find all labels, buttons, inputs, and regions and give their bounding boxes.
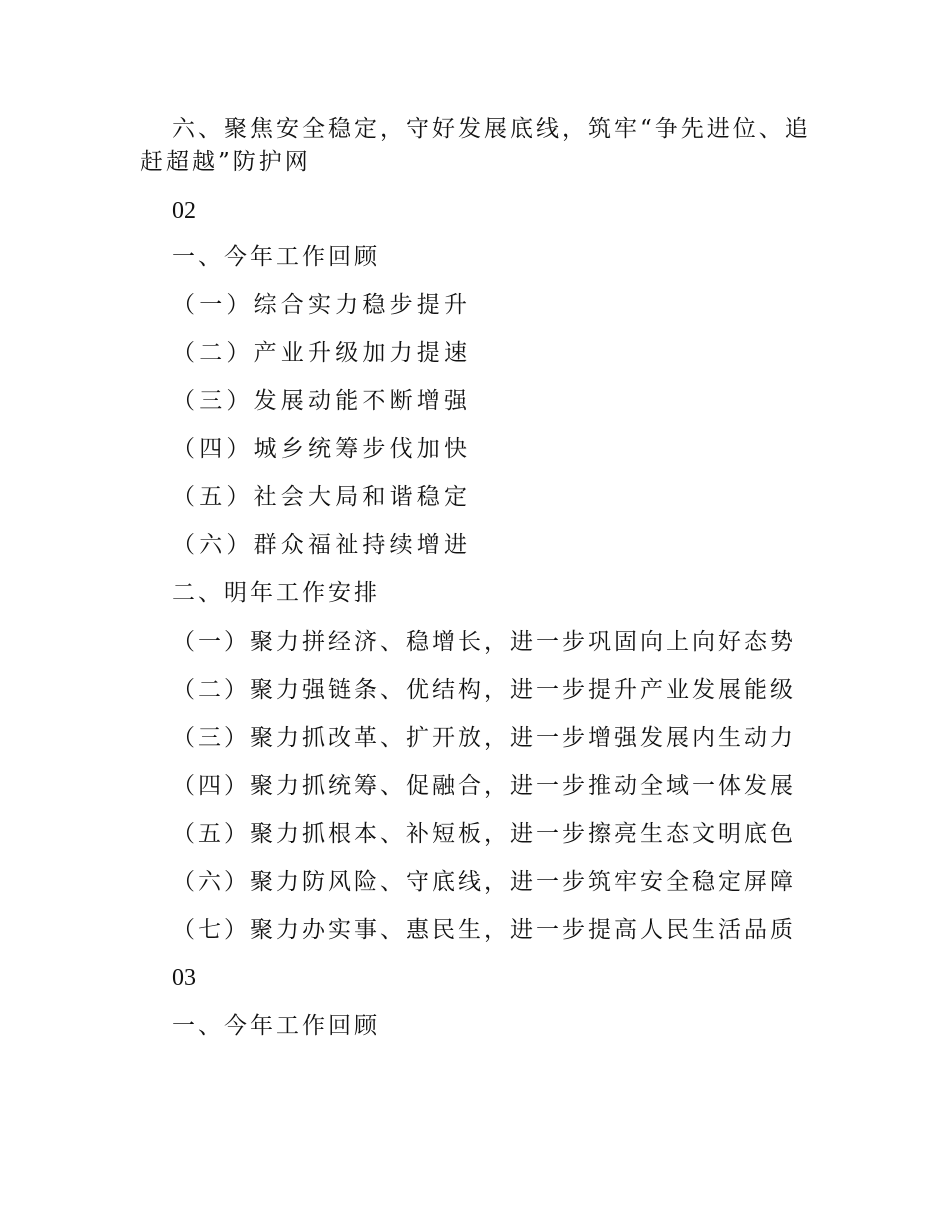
section-number-02: 02 [172, 196, 196, 226]
list-item: （二）聚力强链条、优结构，进一步提升产业发展能级 [172, 675, 796, 705]
list-item: （六）群众福祉持续增进 [172, 530, 471, 560]
list-item: （六）聚力防风险、守底线，进一步筑牢安全稳定屏障 [172, 867, 796, 897]
document-page: 六、聚焦安全稳定，守好发展底线，筑牢“争先进位、追 赶超越”防护网 02 一、今… [0, 0, 950, 1230]
list-item: （二）产业升级加力提速 [172, 338, 471, 368]
list-item: （一）聚力拼经济、稳增长，进一步巩固向上向好态势 [172, 627, 796, 657]
list-item: （七）聚力办实事、惠民生，进一步提高人民生活品质 [172, 915, 796, 945]
section-number-03: 03 [172, 963, 196, 993]
heading-six-line1: 六、聚焦安全稳定，守好发展底线，筑牢“争先进位、追 [172, 114, 811, 144]
section-02-part1-title: 一、今年工作回顾 [172, 242, 380, 272]
heading-six-line2: 赶超越”防护网 [140, 147, 311, 177]
list-item: （四）聚力抓统筹、促融合，进一步推动全域一体发展 [172, 771, 796, 801]
section-02-part2-title: 二、明年工作安排 [172, 578, 380, 608]
list-item: （三）发展动能不断增强 [172, 386, 471, 416]
list-item: （五）社会大局和谐稳定 [172, 482, 471, 512]
list-item: （三）聚力抓改革、扩开放，进一步增强发展内生动力 [172, 723, 796, 753]
list-item: （五）聚力抓根本、补短板，进一步擦亮生态文明底色 [172, 819, 796, 849]
section-03-part1-title: 一、今年工作回顾 [172, 1011, 380, 1041]
list-item: （四）城乡统筹步伐加快 [172, 434, 471, 464]
list-item: （一）综合实力稳步提升 [172, 290, 471, 320]
